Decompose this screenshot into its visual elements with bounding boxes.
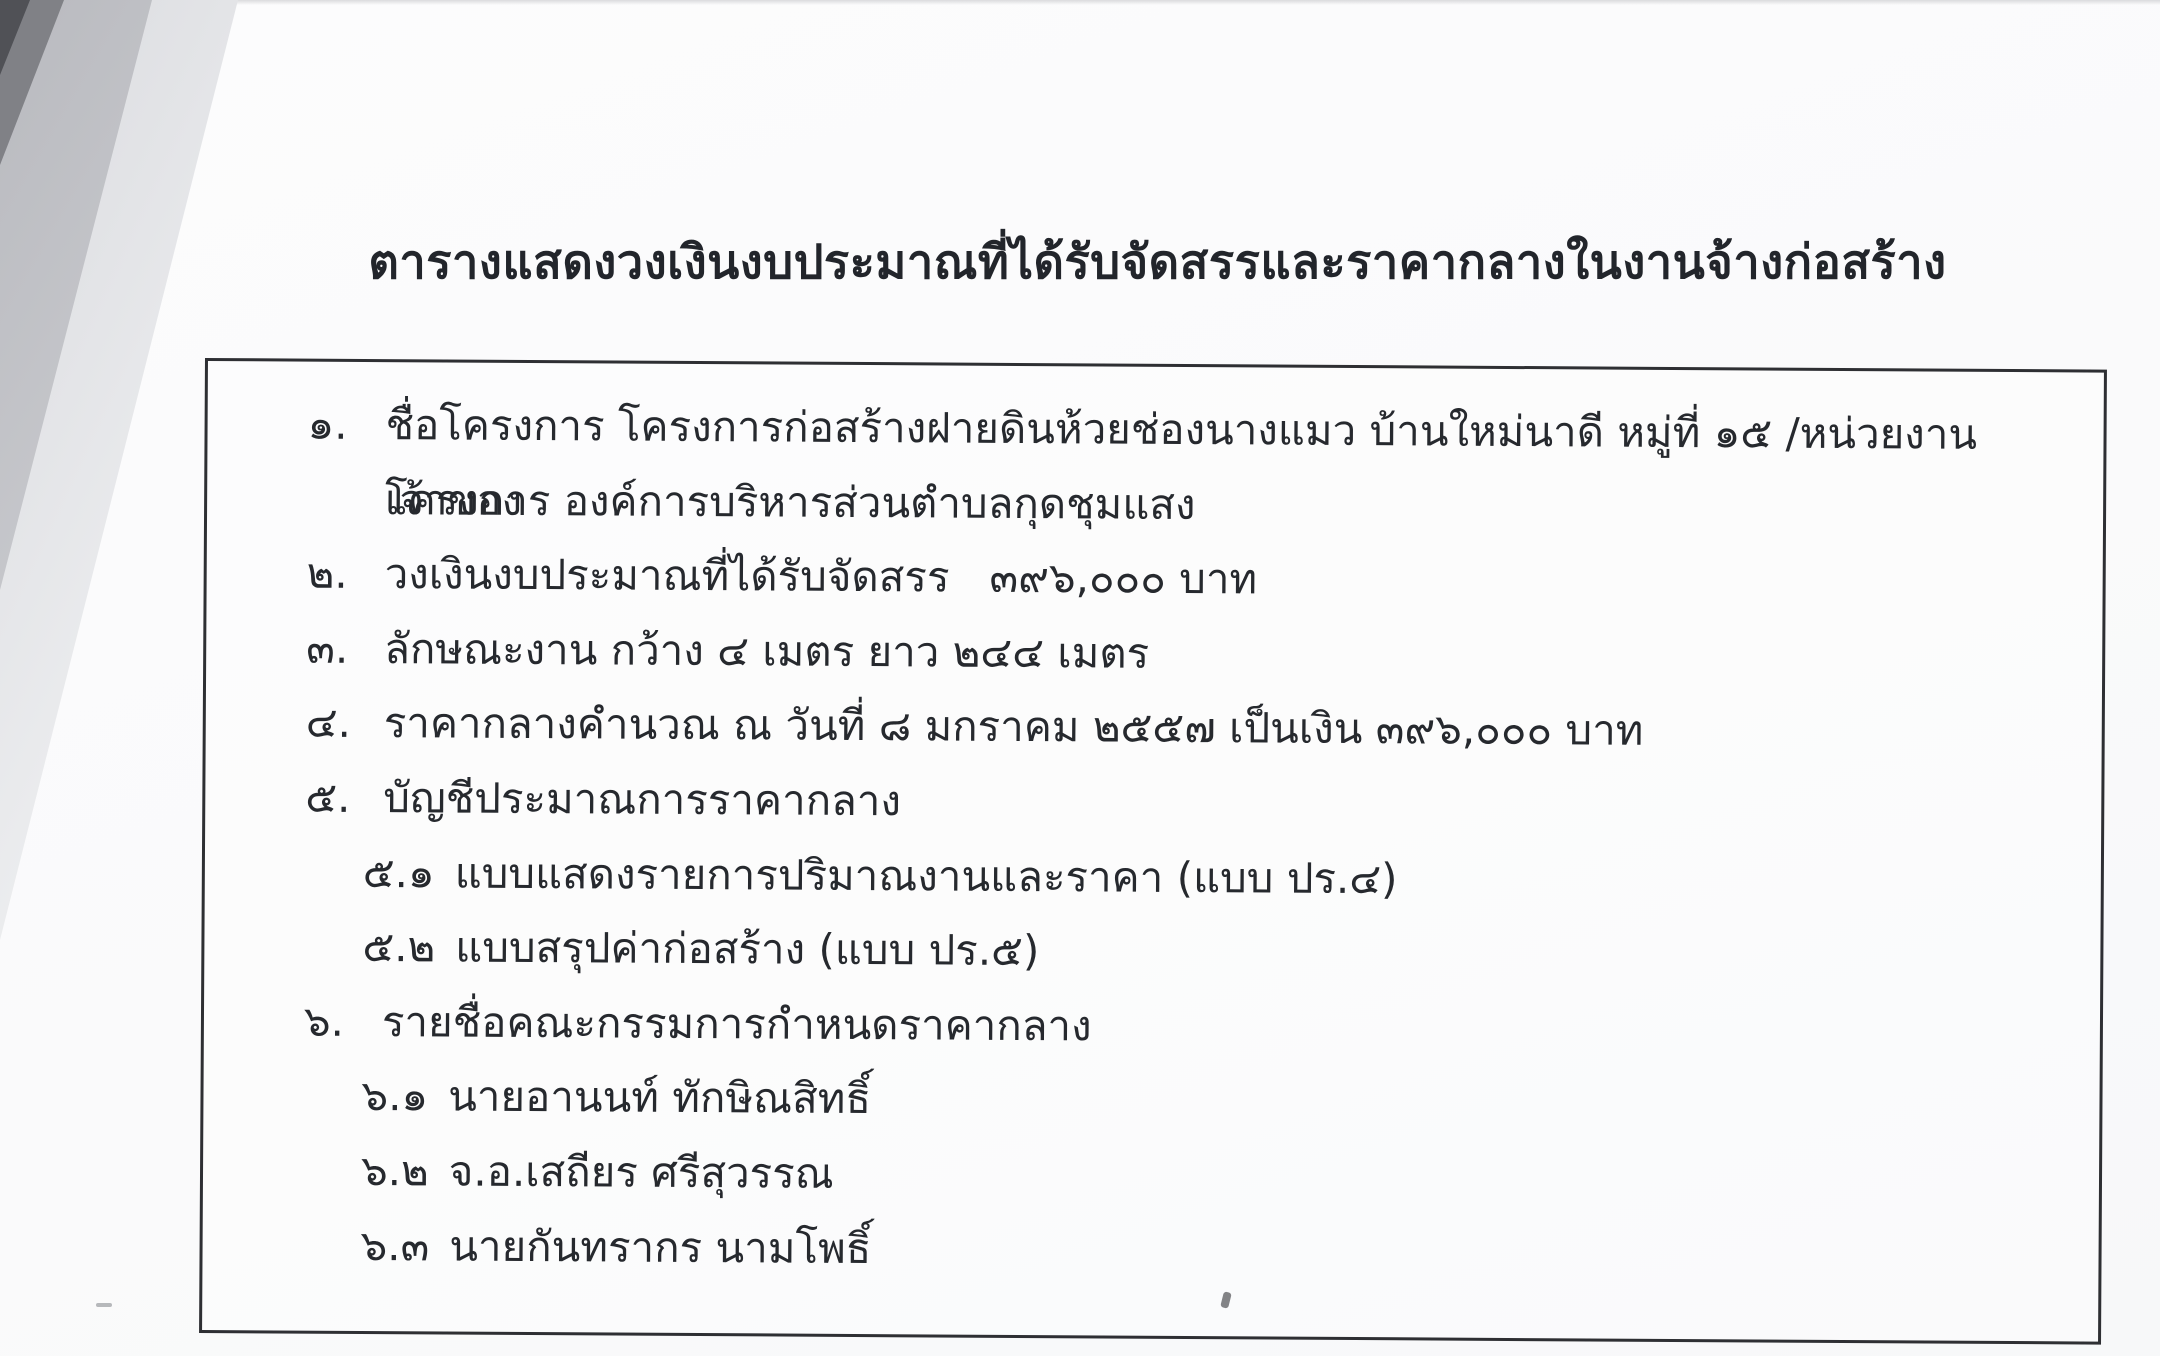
list-item-6-3: ๖.๓ นายกันทรากร นามโพธิ์ [202,1208,2098,1294]
item-text: แบบแสดงรายการปริมาณงานและราคา (แบบ ปร.๔) [454,836,1397,916]
item-text: โครงการ องค์การบริหารส่วนตำบลกุดชุมแสง [385,463,1196,543]
list-item-2: ๒. วงเงินงบประมาณที่ได้รับจัดสรร ๓๙๖,๐๐๐… [206,536,2102,622]
item-number: ๓. [306,611,384,686]
list-item-1: ๑. ชื่อโครงการ โครงการก่อสร้างฝายดินห้วย… [207,387,2103,473]
scanned-document-page: { "colors": { "ink": "#26292e", "box_bor… [0,0,2160,1356]
item-text: วงเงินงบประมาณที่ได้รับจัดสรร ๓๙๖,๐๐๐ บา… [384,537,1257,617]
item-number: ๖. [304,984,382,1059]
item-number: ๕.๑ [363,836,435,911]
item-text: บัญชีประมาณการราคากลาง [383,761,901,839]
document-title: ตารางแสดงวงเงินงบประมาณที่ได้รับจัดสรรแล… [205,224,2110,299]
list-item-5: ๕. บัญชีประมาณการราคากลาง [205,760,2101,846]
item-number: ๕.๒ [362,910,435,985]
item-number: ๑. [307,388,385,463]
item-number: ๖.๑ [361,1059,428,1134]
list-item-5-2: ๕.๒ แบบสรุปค่าก่อสร้าง (แบบ ปร.๕) [204,909,2100,995]
scan-speck-small [96,1303,112,1307]
item-text: นายอานนท์ ทักษิณสิทธิ์ [448,1060,871,1137]
list-item-6-2: ๖.๒ จ.อ.เสถียร ศรีสุวรรณ [203,1133,2099,1219]
list-item-3: ๓. ลักษณะงาน กว้าง ๔ เมตร ยาว ๒๔๔ เมตร [206,611,2102,697]
scanner-edge-shadow [0,0,2160,5]
item-number: ๖.๓ [360,1208,429,1283]
content-box: ๑. ชื่อโครงการ โครงการก่อสร้างฝายดินห้วย… [199,358,2107,1345]
list-item-5-1: ๕.๑ แบบแสดงรายการปริมาณงานและราคา (แบบ ป… [205,835,2101,921]
list-item-4: ๔. ราคากลางคำนวณ ณ วันที่ ๘ มกราคม ๒๕๕๗ … [206,685,2102,771]
list-item-6-1: ๖.๑ นายอานนท์ ทักษิณสิทธิ์ [203,1058,2099,1144]
item-text: แบบสรุปค่าก่อสร้าง (แบบ ปร.๕) [455,911,1040,989]
item-text: ราคากลางคำนวณ ณ วันที่ ๘ มกราคม ๒๕๕๗ เป็… [384,686,1644,768]
item-text: นายกันทรากร นามโพธิ์ [449,1209,872,1286]
list-item-6: ๖. รายชื่อคณะกรรมการกำหนดราคากลาง [204,984,2100,1070]
item-text: จ.อ.เสถียร ศรีสุวรรณ [449,1134,834,1211]
item-text: รายชื่อคณะกรรมการกำหนดราคากลาง [382,985,1092,1064]
item-number: ๖.๒ [361,1134,429,1209]
item-text: ลักษณะงาน กว้าง ๔ เมตร ยาว ๒๔๔ เมตร [384,612,1149,691]
item-number: ๔. [306,686,384,761]
item-number: ๒. [306,537,384,612]
item-number: ๕. [305,761,383,836]
